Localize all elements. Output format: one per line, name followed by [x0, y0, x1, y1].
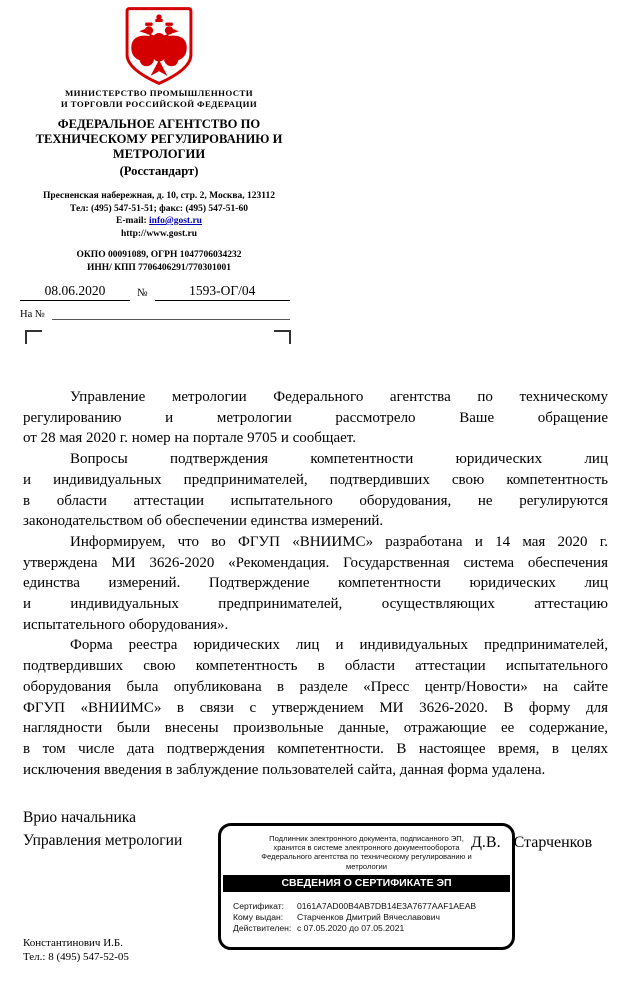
inn-kpp: ИНН/ КПП 7706406291/770301001 [0, 262, 318, 275]
stamp-field-label: Действителен: [233, 923, 297, 934]
addressee-corner-mark-right [274, 330, 291, 344]
signer-position-line2: Управления метрологии [23, 829, 182, 852]
ministry-name-line1: МИНИСТЕРСТВО ПРОМЫШЛЕННОСТИ [0, 88, 318, 99]
paragraph-line: в области аттестации испытательного обор… [23, 491, 608, 512]
stamp-bar-title: СВЕДЕНИЯ О СЕРТИФИКАТЕ ЭП [223, 875, 510, 892]
paragraph-line: подтвердивших свою компетентность в обла… [23, 656, 608, 677]
okpo-ogrn: ОКПО 00091089, ОГРН 1047706034232 [0, 249, 318, 262]
stamp-field-label: Сертификат: [233, 901, 297, 912]
stamp-header-lines: Подлинник электронного документа, подпис… [221, 834, 512, 871]
reference-block: 08.06.2020 № 1593-ОГ/04 На № [20, 283, 290, 320]
reply-to-label: На № [20, 309, 45, 320]
paragraph-line: ФГУП «ВНИИМС» в связи с утверждением МИ … [23, 698, 608, 719]
agency-short-name: (Росстандарт) [0, 164, 318, 179]
paragraph-line: Форма реестра юридических лиц и индивиду… [23, 635, 608, 656]
double-headed-eagle-icon [131, 14, 186, 75]
agency-name: ФЕДЕРАЛЬНОЕ АГЕНТСТВО ПО ТЕХНИЧЕСКОМУ РЕ… [0, 117, 318, 162]
executor-name: Константинович И.Б. [23, 936, 129, 950]
registry-codes: ОКПО 00091089, ОГРН 1047706034232 ИНН/ К… [0, 249, 318, 274]
paragraph-line: испытательного оборудования». [23, 615, 608, 636]
paragraph: Управление метрологии Федерального агент… [23, 387, 608, 449]
ministry-name-line2: И ТОРГОВЛИ РОССИЙСКОЙ ФЕДЕРАЦИИ [0, 99, 318, 110]
paragraph-line: оборудования была опубликована в разделе… [23, 677, 608, 698]
ministry-name: МИНИСТЕРСТВО ПРОМЫШЛЕННОСТИ И ТОРГОВЛИ Р… [0, 88, 318, 110]
reply-to-row: На № [20, 306, 290, 320]
stamp-field-row: Действителен:с 07.05.2020 до 07.05.2021 [233, 923, 512, 934]
letterhead: МИНИСТЕРСТВО ПРОМЫШЛЕННОСТИ И ТОРГОВЛИ Р… [0, 6, 318, 274]
paragraph-line: Вопросы подтверждения компетентности юри… [23, 449, 608, 470]
signer-position: Врио начальника Управления метрологии [23, 806, 182, 852]
website: http://www.gost.ru [0, 228, 318, 241]
addressee-corner-mark-left [25, 330, 42, 344]
paragraph-line: и индивидуальных предпринимателей, подтв… [23, 470, 608, 491]
paragraph-line: и индивидуальных предпринимателей, осуще… [23, 594, 608, 615]
paragraph-line: от 28 мая 2020 г. номер на портале 9705 … [23, 428, 608, 449]
stamp-field-value: 0161A7AD00B4AB7DB14E3A7677AAF1AEAB [297, 901, 476, 911]
paragraph: Вопросы подтверждения компетентности юри… [23, 449, 608, 532]
stamp-field-row: Кому выдан:Старченков Дмитрий Вячеславов… [233, 912, 512, 923]
stamp-field-value: с 07.05.2020 до 07.05.2021 [297, 923, 404, 933]
phone-fax: Тел: (495) 547-51-51; факс: (495) 547-51… [0, 203, 318, 216]
stamp-header-line: Подлинник электронного документа, подпис… [221, 834, 512, 843]
agency-name-line2: ТЕХНИЧЕСКОМУ РЕГУЛИРОВАНИЮ И [0, 132, 318, 147]
reference-row: 08.06.2020 № 1593-ОГ/04 [20, 283, 290, 301]
paragraph-line: законодательством об обеспечении единств… [23, 511, 608, 532]
paragraph: Информируем, что во ФГУП «ВНИИМС» разраб… [23, 532, 608, 636]
executor-phone: Тел.: 8 (495) 547-52-05 [23, 950, 129, 964]
reply-to-blank-line [52, 306, 290, 320]
stamp-fields: Сертификат:0161A7AD00B4AB7DB14E3A7677AAF… [233, 901, 512, 935]
postal-address: Пресненская набережная, д. 10, стр. 2, М… [0, 190, 318, 203]
number-sign: № [130, 287, 155, 301]
stamp-header-line: хранится в системе электронного документ… [221, 843, 512, 852]
esignature-stamp: Подлинник электронного документа, подпис… [218, 823, 515, 950]
letter-date: 08.06.2020 [20, 283, 130, 301]
paragraph-line: Информируем, что во ФГУП «ВНИИМС» разраб… [23, 532, 608, 553]
paragraph: Форма реестра юридических лиц и индивиду… [23, 635, 608, 780]
email-link[interactable]: info@gost.ru [149, 216, 202, 226]
body-paragraphs: Управление метрологии Федерального агент… [23, 387, 608, 780]
stamp-header-line: Федерального агентства по техническому р… [221, 852, 512, 861]
signer-surname: Старченков [514, 834, 593, 852]
letter-number: 1593-ОГ/04 [155, 283, 291, 301]
paragraph-line: регулированию и метрологии рассмотрело В… [23, 408, 608, 429]
agency-name-line3: МЕТРОЛОГИИ [0, 147, 318, 162]
paragraph-line: утверждена МИ 3626-2020 «Рекомендация. Г… [23, 553, 608, 574]
executor-block: Константинович И.Б. Тел.: 8 (495) 547-52… [23, 936, 129, 964]
paragraph-line: в том числе дата подтверждения компетент… [23, 739, 608, 760]
stamp-field-row: Сертификат:0161A7AD00B4AB7DB14E3A7677AAF… [233, 901, 512, 912]
letter-page: МИНИСТЕРСТВО ПРОМЫШЛЕННОСТИ И ТОРГОВЛИ Р… [0, 0, 625, 981]
stamp-field-label: Кому выдан: [233, 912, 297, 923]
email-line: E-mail: info@gost.ru [0, 215, 318, 228]
email-label: E-mail: [116, 216, 149, 226]
coat-of-arms-emblem [117, 6, 201, 86]
signer-position-line1: Врио начальника [23, 806, 182, 829]
contact-block: Пресненская набережная, д. 10, стр. 2, М… [0, 190, 318, 240]
agency-name-line1: ФЕДЕРАЛЬНОЕ АГЕНТСТВО ПО [0, 117, 318, 132]
paragraph-line: наглядности были внесены произвольные да… [23, 718, 608, 739]
paragraph-line: исключения введения в заблуждение пользо… [23, 760, 608, 781]
stamp-field-value: Старченков Дмитрий Вячеславович [297, 912, 440, 922]
paragraph-line: Управление метрологии Федерального агент… [23, 387, 608, 408]
stamp-header-line: метрологии [221, 862, 512, 871]
paragraph-line: единства измерений. Подтверждение компет… [23, 573, 608, 594]
